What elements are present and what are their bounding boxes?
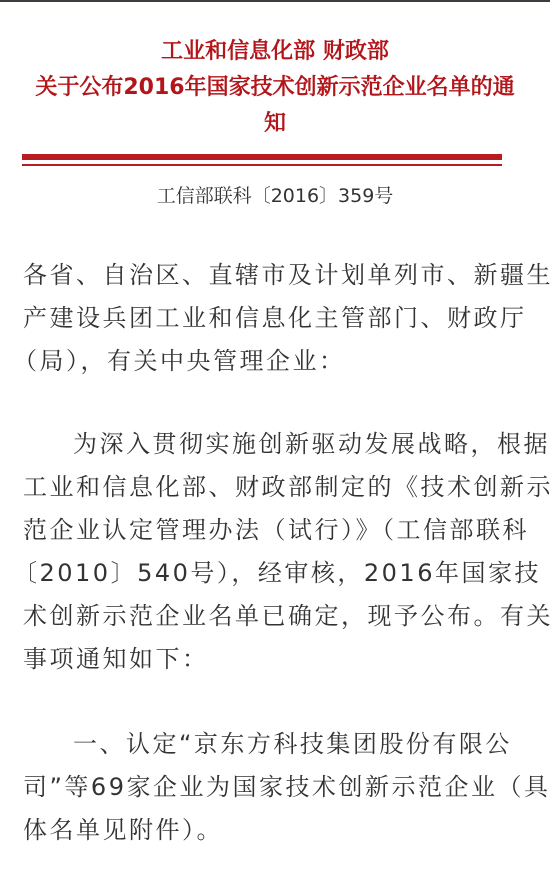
red-divider-thin xyxy=(22,164,502,166)
salutation-line: （局），有关中央管理企业： xyxy=(13,340,533,383)
paragraph-line: 〔2010〕540号），经审核，2016年国家技 xyxy=(13,552,533,595)
paragraph-line: 工业和信息化部、财政部制定的《技术创新示 xyxy=(23,466,533,509)
title-line-subject: 关于公布2016年国家技术创新示范企业名单的通 xyxy=(0,70,550,106)
intro-paragraph: 为深入贯彻实施创新驱动发展战略，根据 工业和信息化部、财政部制定的《技术创新示 … xyxy=(23,423,533,681)
paragraph-line: 司”等69家企业为国家技术创新示范企业（具 xyxy=(23,766,533,809)
salutation-line: 各省、自治区、直辖市及计划单列市、新疆生 xyxy=(23,254,533,297)
paragraph-line: 术创新示范企业名单已确定，现予公布。有关 xyxy=(23,595,533,638)
title-line-issuers: 工业和信息化部 财政部 xyxy=(0,34,550,70)
paragraph-line: 为深入贯彻实施创新驱动发展战略，根据 xyxy=(23,423,533,466)
paragraph-line: 体名单见附件）。 xyxy=(23,809,533,852)
paragraph-line: 范企业认定管理办法（试行）》（工信部联科 xyxy=(23,509,533,552)
salutation-paragraph: 各省、自治区、直辖市及计划单列市、新疆生 产建设兵团工业和信息化主管部门、财政厅… xyxy=(23,254,533,383)
red-divider-thick xyxy=(22,154,502,160)
paragraph-line: 一、认定“京东方科技集团股份有限公 xyxy=(23,723,533,766)
title-line-subject-cont: 知 xyxy=(0,106,550,142)
document-number: 工信部联科〔2016〕359号 xyxy=(0,182,550,210)
document-title: 工业和信息化部 财政部 关于公布2016年国家技术创新示范企业名单的通 知 xyxy=(0,34,550,142)
paragraph-line: 事项通知如下： xyxy=(23,638,533,681)
item-one-paragraph: 一、认定“京东方科技集团股份有限公 司”等69家企业为国家技术创新示范企业（具 … xyxy=(23,723,533,852)
top-edge-strip xyxy=(0,0,550,2)
salutation-line: 产建设兵团工业和信息化主管部门、财政厅 xyxy=(23,297,533,340)
